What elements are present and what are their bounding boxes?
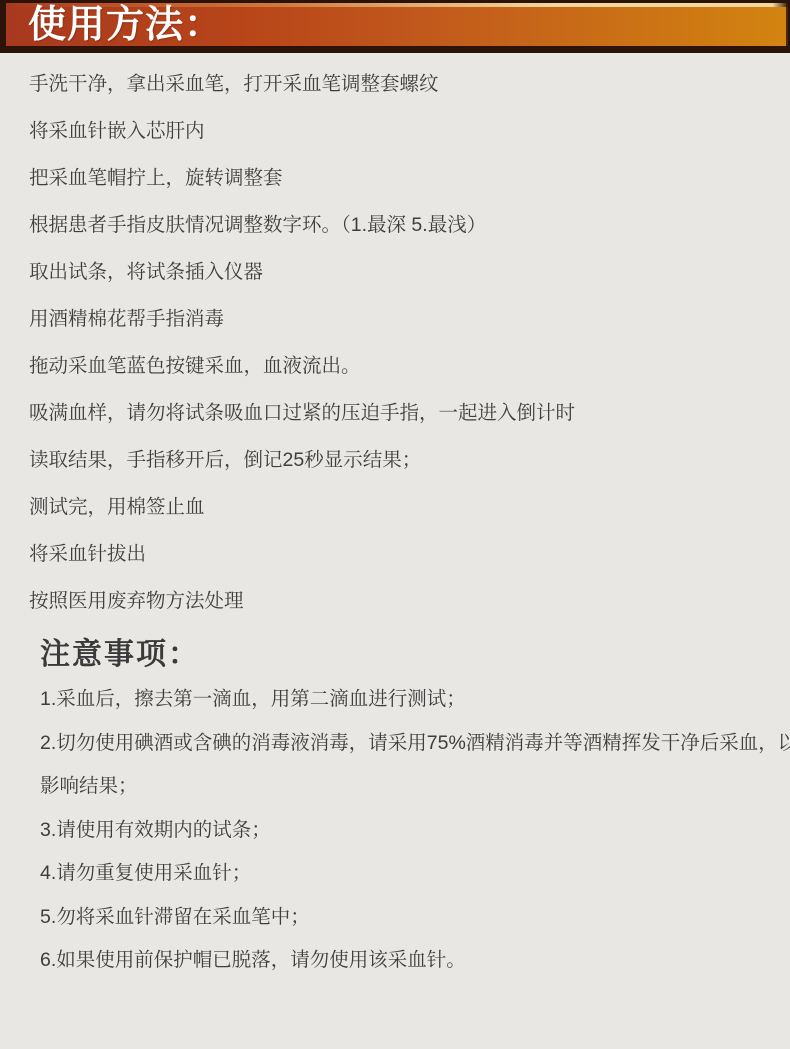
notes-section: 1.采血后，擦去第一滴血，用第二滴血进行测试； 2.切勿使用碘酒或含碘的消毒液消… [0,672,790,983]
usage-step: 将采血针拔出 [29,544,772,565]
note-line: 1.采血后，擦去第一滴血，用第二滴血进行测试； [40,678,775,722]
usage-step: 根据患者手指皮肤情况调整数字环。（1.最深 5.最浅） [29,215,772,236]
usage-step: 取出试条，将试条插入仪器 [29,262,772,283]
usage-step: 读取结果，手指移开后，倒记25秒显示结果； [29,450,772,471]
note-line: 6.如果使用前保护帽已脱落，请勿使用该采血针。 [40,939,775,983]
usage-step: 按照医用废弃物方法处理 [29,591,772,612]
header-banner: 使用方法： [0,0,790,53]
note-line: 5.勿将采血针滞留在采血笔中； [40,896,775,940]
note-line: 4.请勿重复使用采血针； [40,852,775,896]
note-line: 影响结果； [40,765,775,809]
notes-heading: 注意事项： [0,638,790,672]
usage-step: 把采血笔帽拧上，旋转调整套 [29,168,772,189]
note-line: 3.请使用有效期内的试条； [40,809,775,853]
usage-step: 将采血针嵌入芯肝内 [29,121,772,142]
usage-step: 用酒精棉花帮手指消毒 [29,309,772,330]
usage-instructions-section: 手洗干净，拿出采血笔，打开采血笔调整套螺纹 将采血针嵌入芯肝内 把采血笔帽拧上，… [0,53,790,612]
usage-step: 手洗干净，拿出采血笔，打开采血笔调整套螺纹 [29,74,772,95]
page-title: 使用方法： [6,6,223,44]
usage-step: 测试完，用棉签止血 [29,497,772,518]
usage-step: 拖动采血笔蓝色按键采血，血液流出。 [29,356,772,377]
header-gradient-band: 使用方法： [6,3,788,46]
note-line: 2.切勿使用碘酒或含碘的消毒液消毒，请采用75%酒精消毒并等酒精挥发干净后采血，… [40,722,775,766]
usage-step: 吸满血样，请勿将试条吸血口过紧的压迫手指，一起进入倒计时 [29,403,772,424]
